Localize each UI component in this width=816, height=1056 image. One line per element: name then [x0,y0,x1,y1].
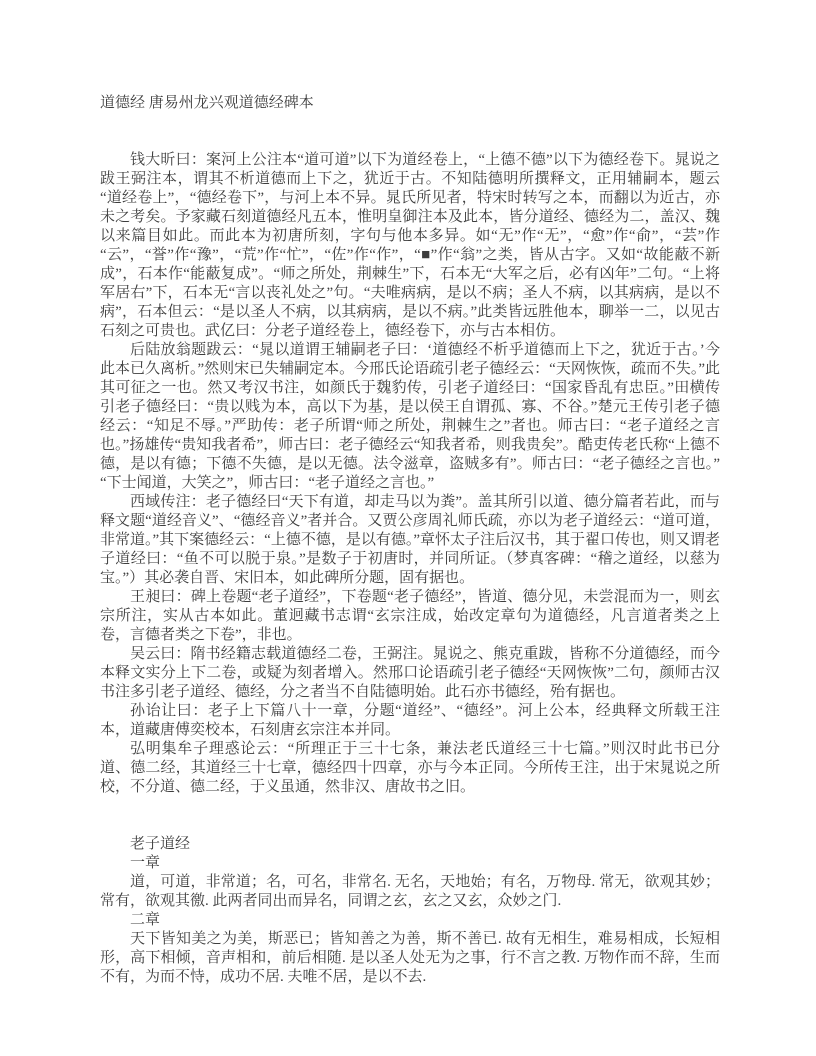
commentary-paragraph-lu-fangweng: 后陆放翁题跋云：“晁以道谓王辅嗣老子曰：‘道德经不析乎道德而上下之，犹近于古。’… [100,341,720,493]
scripture-section: 老子道经 一章 道，可道，非常道；名，可名，非常名. 无名，天地始；有名，万物母… [100,835,720,987]
commentary-section: 钱大昕曰：案河上公注本“道可道”以下为道经卷上，“上德不德”以下为德经卷下。晁说… [100,151,720,797]
commentary-paragraph-xiyu-zhuan: 西域传注：老子德经曰“天下有道，却走马以为粪”。盖其所引以道、德分篇者若此，而与… [100,493,720,588]
commentary-paragraph-wu-yun: 吴云曰：隋书经籍志载道德经二卷，王弼注。晁说之、熊克重跋，皆称不分道德经，而今本… [100,645,720,702]
chapter-2-text: 天下皆知美之为美，斯恶已；皆知善之为善，斯不善已. 故有无相生，难易相成，长短相… [100,930,720,987]
document-title: 道德经 唐易州龙兴观道德经碑本 [100,94,720,113]
chapter-1-text: 道，可道，非常道；名，可名，非常名. 无名，天地始；有名，万物母. 常无，欲观其… [100,873,720,911]
chapter-1-heading: 一章 [100,854,720,873]
commentary-paragraph-qian-daxin: 钱大昕曰：案河上公注本“道可道”以下为道经卷上，“上德不德”以下为德经卷下。晁说… [100,151,720,341]
commentary-paragraph-wang-chang: 王昶曰：碑上卷题“老子道经”，下卷题“老子德经”，皆道、德分见，未尝混而为一，则… [100,588,720,645]
scripture-title: 老子道经 [100,835,720,854]
document-page: 道德经 唐易州龙兴观道德经碑本 钱大昕曰：案河上公注本“道可道”以下为道经卷上，… [0,0,816,1056]
commentary-paragraph-hongmingji: 弘明集牟子理惑论云：“所理正于三十七条，兼法老氏道经三十七篇。”则汉时此书已分道… [100,740,720,797]
chapter-2-heading: 二章 [100,911,720,930]
commentary-paragraph-sun-yirang: 孙诒让曰：老子上下篇八十一章，分题“道经”、“德经”。河上公本，经典释文所载王注… [100,702,720,740]
